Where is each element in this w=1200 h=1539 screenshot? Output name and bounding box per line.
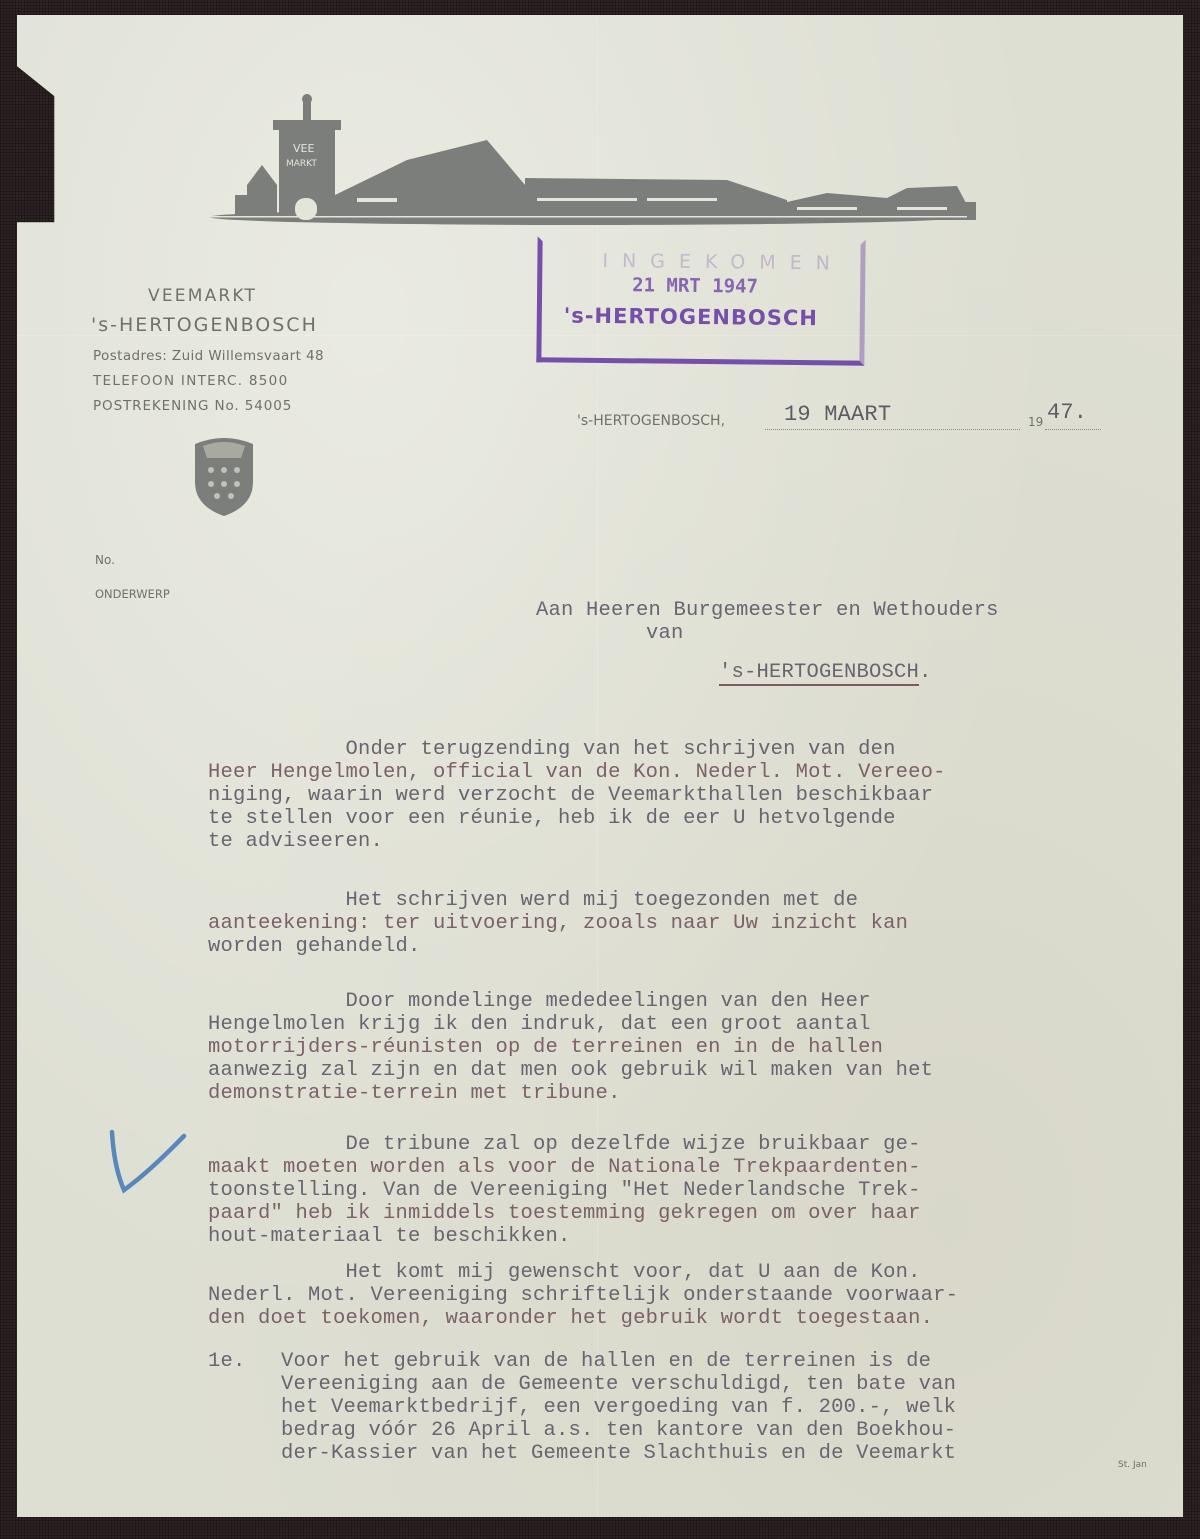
body-line: te adviseeren.: [208, 830, 946, 853]
body-line: aanteekening: ter uitvoering, zooals naa…: [208, 912, 908, 935]
list-line: bedrag vóór 26 April a.s. ten kantore va…: [281, 1419, 956, 1442]
dateline-century: 19: [1028, 415, 1043, 429]
body-line: maakt moeten worden als voor de National…: [208, 1156, 921, 1179]
list-item-1: Voor het gebruik van de hallen en de ter…: [281, 1350, 956, 1465]
date-dotted-line: [765, 429, 1020, 430]
giro-account: POSTREKENING No. 54005: [93, 398, 292, 414]
addressee-city: 's-HERTOGENBOSCH: [719, 661, 919, 686]
postal-address: Postadres: Zuid Willemsvaart 48: [93, 348, 324, 364]
list-marker: 1e.: [208, 1350, 246, 1373]
org-name: VEEMARKT: [148, 286, 257, 306]
addressee-period: .: [919, 661, 932, 684]
building-label: MARKT: [286, 159, 317, 169]
body-line: paard" heb ik inmiddels toestemming gekr…: [208, 1202, 921, 1225]
printer-mark: St. Jan: [1118, 1460, 1147, 1470]
body-line: motorrijders-réunisten op de terreinen e…: [208, 1036, 933, 1059]
dateline-day-month: 19 MAART: [784, 403, 891, 426]
list-line: het Veemarktbedrijf, een vergoeding van …: [281, 1396, 956, 1419]
body-line: hout-materiaal te beschikken.: [208, 1225, 921, 1248]
blue-pencil-check-icon: [94, 1122, 194, 1202]
phone-number: TELEFOON INTERC. 8500: [93, 373, 288, 389]
list-line: der-Kassier van het Gemeente Slachthuis …: [281, 1442, 956, 1465]
dateline-year: 47.: [1047, 401, 1087, 424]
received-stamp: INGEKOMEN 21 MRT 1947 's-HERTOGENBOSCH: [536, 236, 865, 365]
addressee-line-1: Aan Heeren Burgemeester en Wethouders: [536, 599, 999, 622]
body-line: Nederl. Mot. Vereeniging schriftelijk on…: [208, 1284, 958, 1307]
building-label: VEE: [293, 142, 314, 155]
paragraph-1: Onder terugzending van het schrijven van…: [208, 738, 946, 853]
subject-label: ONDERWERP: [95, 587, 170, 601]
body-line: Door mondelinge mededeelingen van den He…: [208, 990, 933, 1013]
paragraph-2: Het schrijven werd mij toegezonden met d…: [208, 889, 908, 958]
list-line: Voor het gebruik van de hallen en de ter…: [281, 1350, 956, 1373]
body-line: den doet toekomen, waaronder het gebruik…: [208, 1307, 958, 1330]
stamp-line-received: INGEKOMEN: [602, 250, 844, 275]
body-line: Heer Hengelmolen, official van de Kon. N…: [208, 761, 946, 784]
body-line: De tribune zal op dezelfde wijze bruikba…: [208, 1133, 921, 1156]
body-line: Hengelmolen krijg ik den indruk, dat een…: [208, 1013, 933, 1036]
body-line: te stellen voor een réunie, heb ik de ee…: [208, 807, 946, 830]
body-line: Onder terugzending van het schrijven van…: [208, 738, 946, 761]
body-line: demonstratie-terrein met tribune.: [208, 1082, 933, 1105]
dateline-place: 's-HERTOGENBOSCH,: [577, 413, 725, 429]
reference-number-label: No.: [95, 553, 115, 567]
body-line: niging, waarin werd verzocht de Veemarkt…: [208, 784, 946, 807]
body-line: worden gehandeld.: [208, 935, 908, 958]
body-line: Het komt mij gewenscht voor, dat U aan d…: [208, 1261, 958, 1284]
letter-paper: VEE MARKT VEEMARKT 's-HERTOGENBOSCH Post…: [17, 15, 1183, 1517]
stamp-city: 's-HERTOGENBOSCH: [564, 304, 818, 331]
body-line: Het schrijven werd mij toegezonden met d…: [208, 889, 908, 912]
body-line: toonstelling. Van de Vereeniging "Het Ne…: [208, 1179, 921, 1202]
org-city: 's-HERTOGENBOSCH: [91, 314, 318, 336]
addressee-line-2: van: [646, 622, 684, 645]
addressee-line-3: 's-HERTOGENBOSCH.: [719, 661, 932, 684]
body-line: aanwezig zal zijn en dat men ook gebruik…: [208, 1059, 933, 1082]
stamp-date: 21 MRT 1947: [632, 274, 758, 297]
coat-of-arms-icon: [183, 436, 265, 518]
paragraph-3: Door mondelinge mededeelingen van den He…: [208, 990, 933, 1105]
paragraph-5: Het komt mij gewenscht voor, dat U aan d…: [208, 1261, 958, 1330]
year-dotted-line: [1045, 429, 1101, 430]
list-line: Vereeniging aan de Gemeente verschuldigd…: [281, 1373, 956, 1396]
paragraph-4: De tribune zal op dezelfde wijze bruikba…: [208, 1133, 921, 1248]
veemarkt-building-illustration: VEE MARKT: [207, 90, 982, 240]
